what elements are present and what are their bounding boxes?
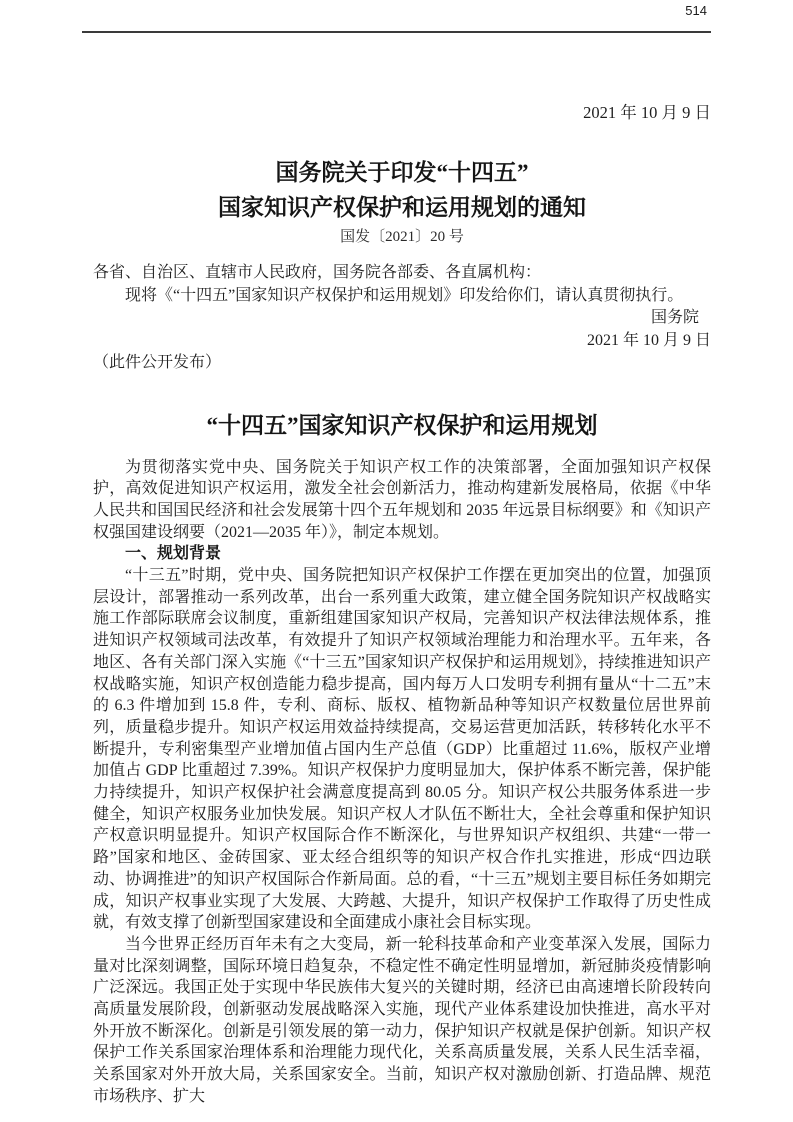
notice-title-line1: 国务院关于印发“十四五”	[276, 160, 529, 185]
plan-intro-paragraph: 为贯彻落实党中央、国务院关于知识产权工作的决策部署，全面加强知识产权保护，高效促…	[93, 457, 711, 544]
page-content: 514 2021 年 10 月 9 日 国务院关于印发“十四五” 国家知识产权保…	[93, 0, 711, 1108]
header-rule	[82, 31, 711, 33]
plan-paragraph-world-situation: 当今世界正经历百年未有之大变局，新一轮科技革命和产业变革深入发展，国际力量对比深…	[93, 934, 711, 1108]
notice-title: 国务院关于印发“十四五” 国家知识产权保护和运用规划的通知	[93, 155, 711, 225]
document-page: 514 2021 年 10 月 9 日 国务院关于印发“十四五” 国家知识产权保…	[0, 0, 793, 1122]
doc-number: 国发〔2021〕20 号	[93, 228, 711, 246]
notice-text: 现将《“十四五”国家知识产权保护和运用规划》印发给你们，请认真贯彻执行。	[93, 285, 711, 308]
plan-paragraph-13th-five: “十三五”时期，党中央、国务院把知识产权保护工作摆在更加突出的位置，加强顶层设计…	[93, 565, 711, 934]
signer: 国务院	[93, 307, 711, 330]
plan-title: “十四五”国家知识产权保护和运用规划	[93, 409, 711, 442]
page-number: 514	[93, 0, 711, 18]
section-heading-background: 一、规划背景	[93, 543, 711, 565]
notice-body: 各省、自治区、直辖市人民政府，国务院各部委、各直属机构： 现将《“十四五”国家知…	[93, 262, 711, 375]
sign-date: 2021 年 10 月 9 日	[93, 330, 711, 353]
publish-note: （此件公开发布）	[93, 352, 711, 375]
plan-body: 为贯彻落实党中央、国务院关于知识产权工作的决策部署，全面加强知识产权保护，高效促…	[93, 457, 711, 1108]
issue-date: 2021 年 10 月 9 日	[93, 103, 711, 123]
notice-title-line2: 国家知识产权保护和运用规划的通知	[218, 195, 586, 220]
salutation: 各省、自治区、直辖市人民政府，国务院各部委、各直属机构：	[93, 262, 711, 285]
